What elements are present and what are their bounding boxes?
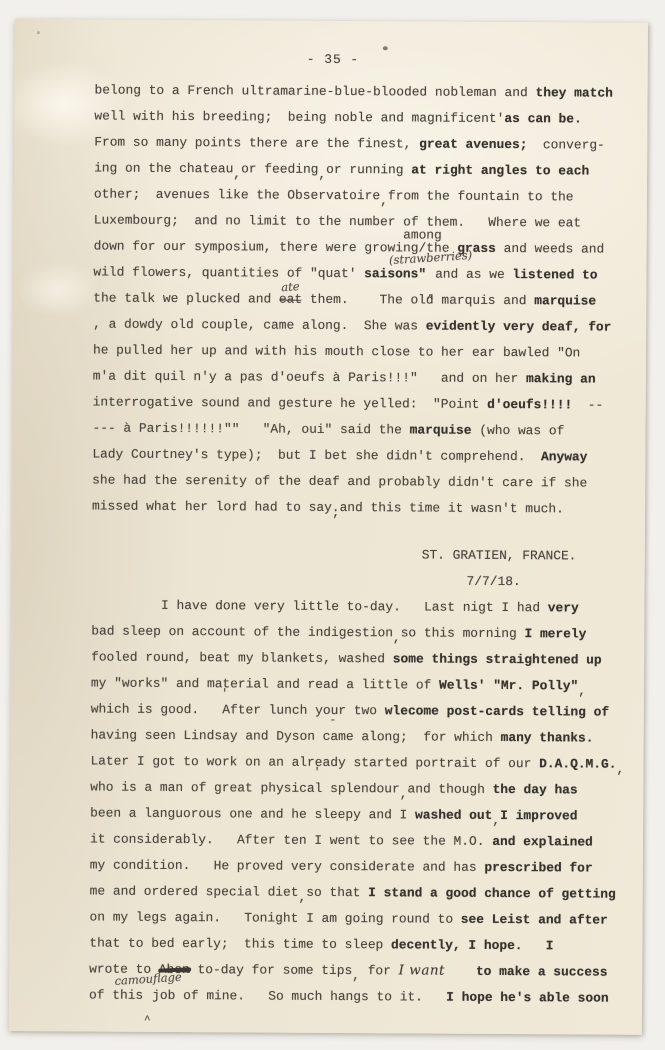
typed-text: it considerably. After ten I went to see… xyxy=(90,831,492,848)
typed-text: marquise xyxy=(534,293,596,308)
dateline-place: ST. GRATIEN, FRANCE. xyxy=(92,540,645,569)
typed-text: who is a man of great physical splendour xyxy=(90,779,400,796)
typed-text: missed what her lord had to say xyxy=(92,498,332,514)
typed-line: who is a man of great physical splendour… xyxy=(90,774,643,803)
paragraph-2: I have done very little to-day. Last nig… xyxy=(89,592,645,1011)
typed-text: I hope he's able soon xyxy=(446,990,609,1006)
typed-text: -- xyxy=(572,397,603,412)
typed-line: belong to a French ultramarine-blue-bloo… xyxy=(94,77,647,106)
typed-text: --- à Paris!!!!!!"" "Ah, oui" said the xyxy=(92,420,409,437)
typed-text: , xyxy=(318,167,326,182)
typed-text: d'oeufs!!!! xyxy=(487,397,572,413)
typed-text: Later I got to work on an alr xyxy=(90,753,314,769)
typed-text: prescribed for xyxy=(484,860,592,876)
typed-line: which is good. After lunch your- two wle… xyxy=(91,696,644,725)
typed-text: m'a dit quil n'y a pas d'oeufs à Paris!!… xyxy=(93,368,526,386)
typed-text: she had the serenity of the deaf and pro… xyxy=(92,472,587,490)
typed-text: , xyxy=(492,813,500,828)
dateline-date: 7/7/18. xyxy=(91,566,644,595)
typed-text: two xyxy=(346,703,385,718)
page-number: - 35 - xyxy=(95,45,648,74)
typed-text: he pulled her up and with his mouth clos… xyxy=(93,342,580,360)
typed-text: or feeding xyxy=(241,161,318,176)
typed-text: and explained xyxy=(492,834,593,850)
typed-text: to make a success xyxy=(476,964,608,980)
typed-line: on my legs again. Tonight I am going rou… xyxy=(89,904,642,933)
typed-text: marquise xyxy=(410,422,472,437)
typed-text: From so many points there are the finest… xyxy=(94,134,419,151)
typed-text: Where we eat xyxy=(488,215,581,231)
typed-line: Later I got to work on an already' start… xyxy=(90,748,643,777)
typed-text: evidently very deaf, for xyxy=(426,319,612,335)
handwritten-insertion: I want xyxy=(399,962,445,978)
typed-text: great avenues; xyxy=(419,136,527,152)
typed-text: belong to a French ultramarine-blue-bloo… xyxy=(95,82,536,100)
typed-text: and weeds and xyxy=(496,241,604,257)
typed-text: fooled round, beat my blankets, washed xyxy=(91,649,393,666)
typed-line: having seen Lindsay and Dyson came along… xyxy=(91,722,644,751)
ink-speck xyxy=(383,46,388,50)
typed-text: , a dowdy old couple, came along. She wa… xyxy=(93,316,426,333)
typed-line: well with his breeding; being noble and … xyxy=(94,103,647,132)
paragraph-1: belong to a French ultramarine-blue-bloo… xyxy=(92,77,648,522)
typed-text: so that xyxy=(306,885,368,900)
typed-text: saisons" xyxy=(364,266,426,281)
dateline: ST. GRATIEN, FRANCE. 7/7/18. xyxy=(91,540,644,595)
typed-text: other; avenues like the Observatoire xyxy=(94,186,380,203)
typed-text: see Leist and after xyxy=(461,912,608,928)
typed-text: for xyxy=(360,963,399,978)
typed-text: the day has xyxy=(493,782,578,798)
typed-text: Lady Courtney's type); but I bet she did… xyxy=(92,446,541,464)
typed-line: wild flowers, quantities of "quat' saiso… xyxy=(93,259,646,288)
typed-text: , xyxy=(233,166,241,181)
typed-text: , xyxy=(616,762,624,777)
typed-line: he pulled her up and with his mouth clos… xyxy=(93,337,646,366)
typed-text: from the fountain to the xyxy=(388,188,574,204)
typed-text: Wells' "Mr. Polly" xyxy=(439,678,578,694)
typed-text: ing on the chateau xyxy=(94,160,233,176)
typed-line: down for our symposium, there were growi… xyxy=(94,233,647,262)
typed-line: of thiscamouflagejob of mine. So much ha… xyxy=(89,982,642,1011)
typed-text: job of mine. So much hangs to it. xyxy=(152,988,446,1005)
typed-text: having seen Lindsay and Dyson came along… xyxy=(91,727,501,745)
handwritten-annotation: ate xyxy=(281,279,300,294)
typed-line: , a dowdy old couple, came along. She wa… xyxy=(93,311,646,340)
typed-text: terial' xyxy=(222,676,269,691)
typed-text: I stand a good chance of getting xyxy=(368,885,616,902)
typed-text: ur- xyxy=(331,703,347,718)
paper-speck xyxy=(37,31,40,34)
typed-text: which is good. After lunch yo xyxy=(91,701,331,717)
typed-text: interrogative sound and gesture he yelle… xyxy=(93,394,488,411)
document-page: - 35 - belong to a French ultramarine-bl… xyxy=(9,19,648,1035)
typed-text: that to bed early; this time to sleep xyxy=(89,935,391,952)
typed-line: my condition. He proved very considerate… xyxy=(90,852,643,881)
typed-line: --- à Paris!!!!!!"" "Ah, oui" said the m… xyxy=(92,415,645,444)
typed-text: and as we xyxy=(435,267,512,282)
typed-text: wild flowers, quantities of "quat' xyxy=(93,264,364,281)
typed-line: missed what her lord had to say;and this… xyxy=(92,493,645,522)
typed-text: I have done very little to-day. Last nig… xyxy=(91,597,547,615)
typed-text: , xyxy=(380,193,388,208)
typed-line: From so many points there are the finest… xyxy=(94,129,647,158)
typed-text: , xyxy=(298,890,306,905)
typed-text: and this time it wasn't much. xyxy=(340,500,564,516)
scanned-letter-photo: { "colors":{"paper":"#ece4d2","ink":"#4a… xyxy=(0,0,665,1050)
typed-text: , xyxy=(578,683,586,698)
typed-line: I have done very little to-day. Last nig… xyxy=(91,592,644,621)
typed-line: me and ordered special diet,so that I st… xyxy=(90,878,643,907)
typed-text: decently, I hope. I xyxy=(391,937,554,953)
typed-line: the talk we plucked and eatate them. The… xyxy=(93,285,646,314)
typed-text: and though xyxy=(407,781,492,797)
typed-insertion-above: among xyxy=(403,227,442,242)
typed-text: very xyxy=(548,600,579,615)
typed-text: listened to xyxy=(512,267,597,283)
typed-text: , xyxy=(352,968,360,983)
typed-line: she had the serenity of the deaf and pro… xyxy=(92,467,645,496)
typed-text: I improved xyxy=(500,808,577,823)
typed-text: at right angles to each xyxy=(411,162,589,178)
typed-text: wlecome post-cards telling of xyxy=(385,703,609,719)
typed-line: my "works" and material' and read a litt… xyxy=(91,670,644,699)
typed-text: or running xyxy=(326,162,411,178)
typed-text: they match xyxy=(535,85,612,100)
typed-text: many thanks. xyxy=(501,730,594,746)
typed-text: washed out xyxy=(415,807,492,822)
typed-text: converg- xyxy=(527,137,604,152)
typed-line: interrogative sound and gesture he yelle… xyxy=(93,389,646,418)
typed-text: some things straightened up xyxy=(393,651,602,667)
typed-text: on my legs again. Tonight I am going rou… xyxy=(89,909,460,926)
typed-text: I merely xyxy=(524,626,586,641)
typed-line: m'a dit quil n'y a pas d'oeufs à Paris!!… xyxy=(93,363,646,392)
typed-text: ' xyxy=(497,111,505,126)
typed-text: started portrait of our xyxy=(346,755,539,771)
typed-text xyxy=(445,964,476,979)
typed-text: and read a little of xyxy=(269,677,439,693)
typed-line: ing on the chateau,or feeding,or running… xyxy=(94,155,647,184)
typed-line: bad sleep on account of the indigestion,… xyxy=(91,618,644,647)
typed-text: D.A.Q.M.G. xyxy=(539,756,616,771)
typed-text: the talk we plucked and xyxy=(93,290,279,306)
typed-text: bad sleep on account of the indigestion xyxy=(91,623,393,640)
typed-text: Anyway xyxy=(541,449,588,464)
typed-text: them. The old marquis and xyxy=(302,292,534,308)
typed-line: other; avenues like the Observatoire,fro… xyxy=(94,181,647,210)
typed-text: (who was of xyxy=(472,423,565,439)
typed-text: as can be. xyxy=(504,111,581,126)
typed-line: Lady Courtney's type); but I bet she did… xyxy=(92,441,645,470)
typed-text: down for our symposium, there were growi… xyxy=(94,238,419,255)
typed-text: well with his breeding; being noble and … xyxy=(94,108,496,125)
typed-text: ; xyxy=(332,505,340,520)
typed-text: eady' xyxy=(315,755,346,770)
typed-text: me and ordered special diet xyxy=(90,883,299,899)
handwritten-annotation: camouflage xyxy=(114,970,182,988)
typed-text: been a languorous one and he sleepy and … xyxy=(90,805,415,822)
typed-line: Luxembourg; and no limit to the number o… xyxy=(94,207,647,236)
typed-text: to-day for some tips xyxy=(190,962,353,978)
typed-line: that to bed early; this time to sleep de… xyxy=(89,930,642,959)
typed-line: been a languorous one and he sleepy and … xyxy=(90,800,643,829)
typed-line: it considerably. After ten I went to see… xyxy=(90,826,643,855)
struck-word: eatate xyxy=(279,292,302,307)
typed-text: of this xyxy=(89,987,143,1002)
typed-text: so this morning xyxy=(401,625,525,641)
typed-text: my "works" and ma xyxy=(91,675,223,691)
typed-text: my condition. He proved very considerate… xyxy=(90,857,485,874)
typed-text: making an xyxy=(526,371,596,386)
typed-line: fooled round, beat my blankets, washed s… xyxy=(91,644,644,673)
